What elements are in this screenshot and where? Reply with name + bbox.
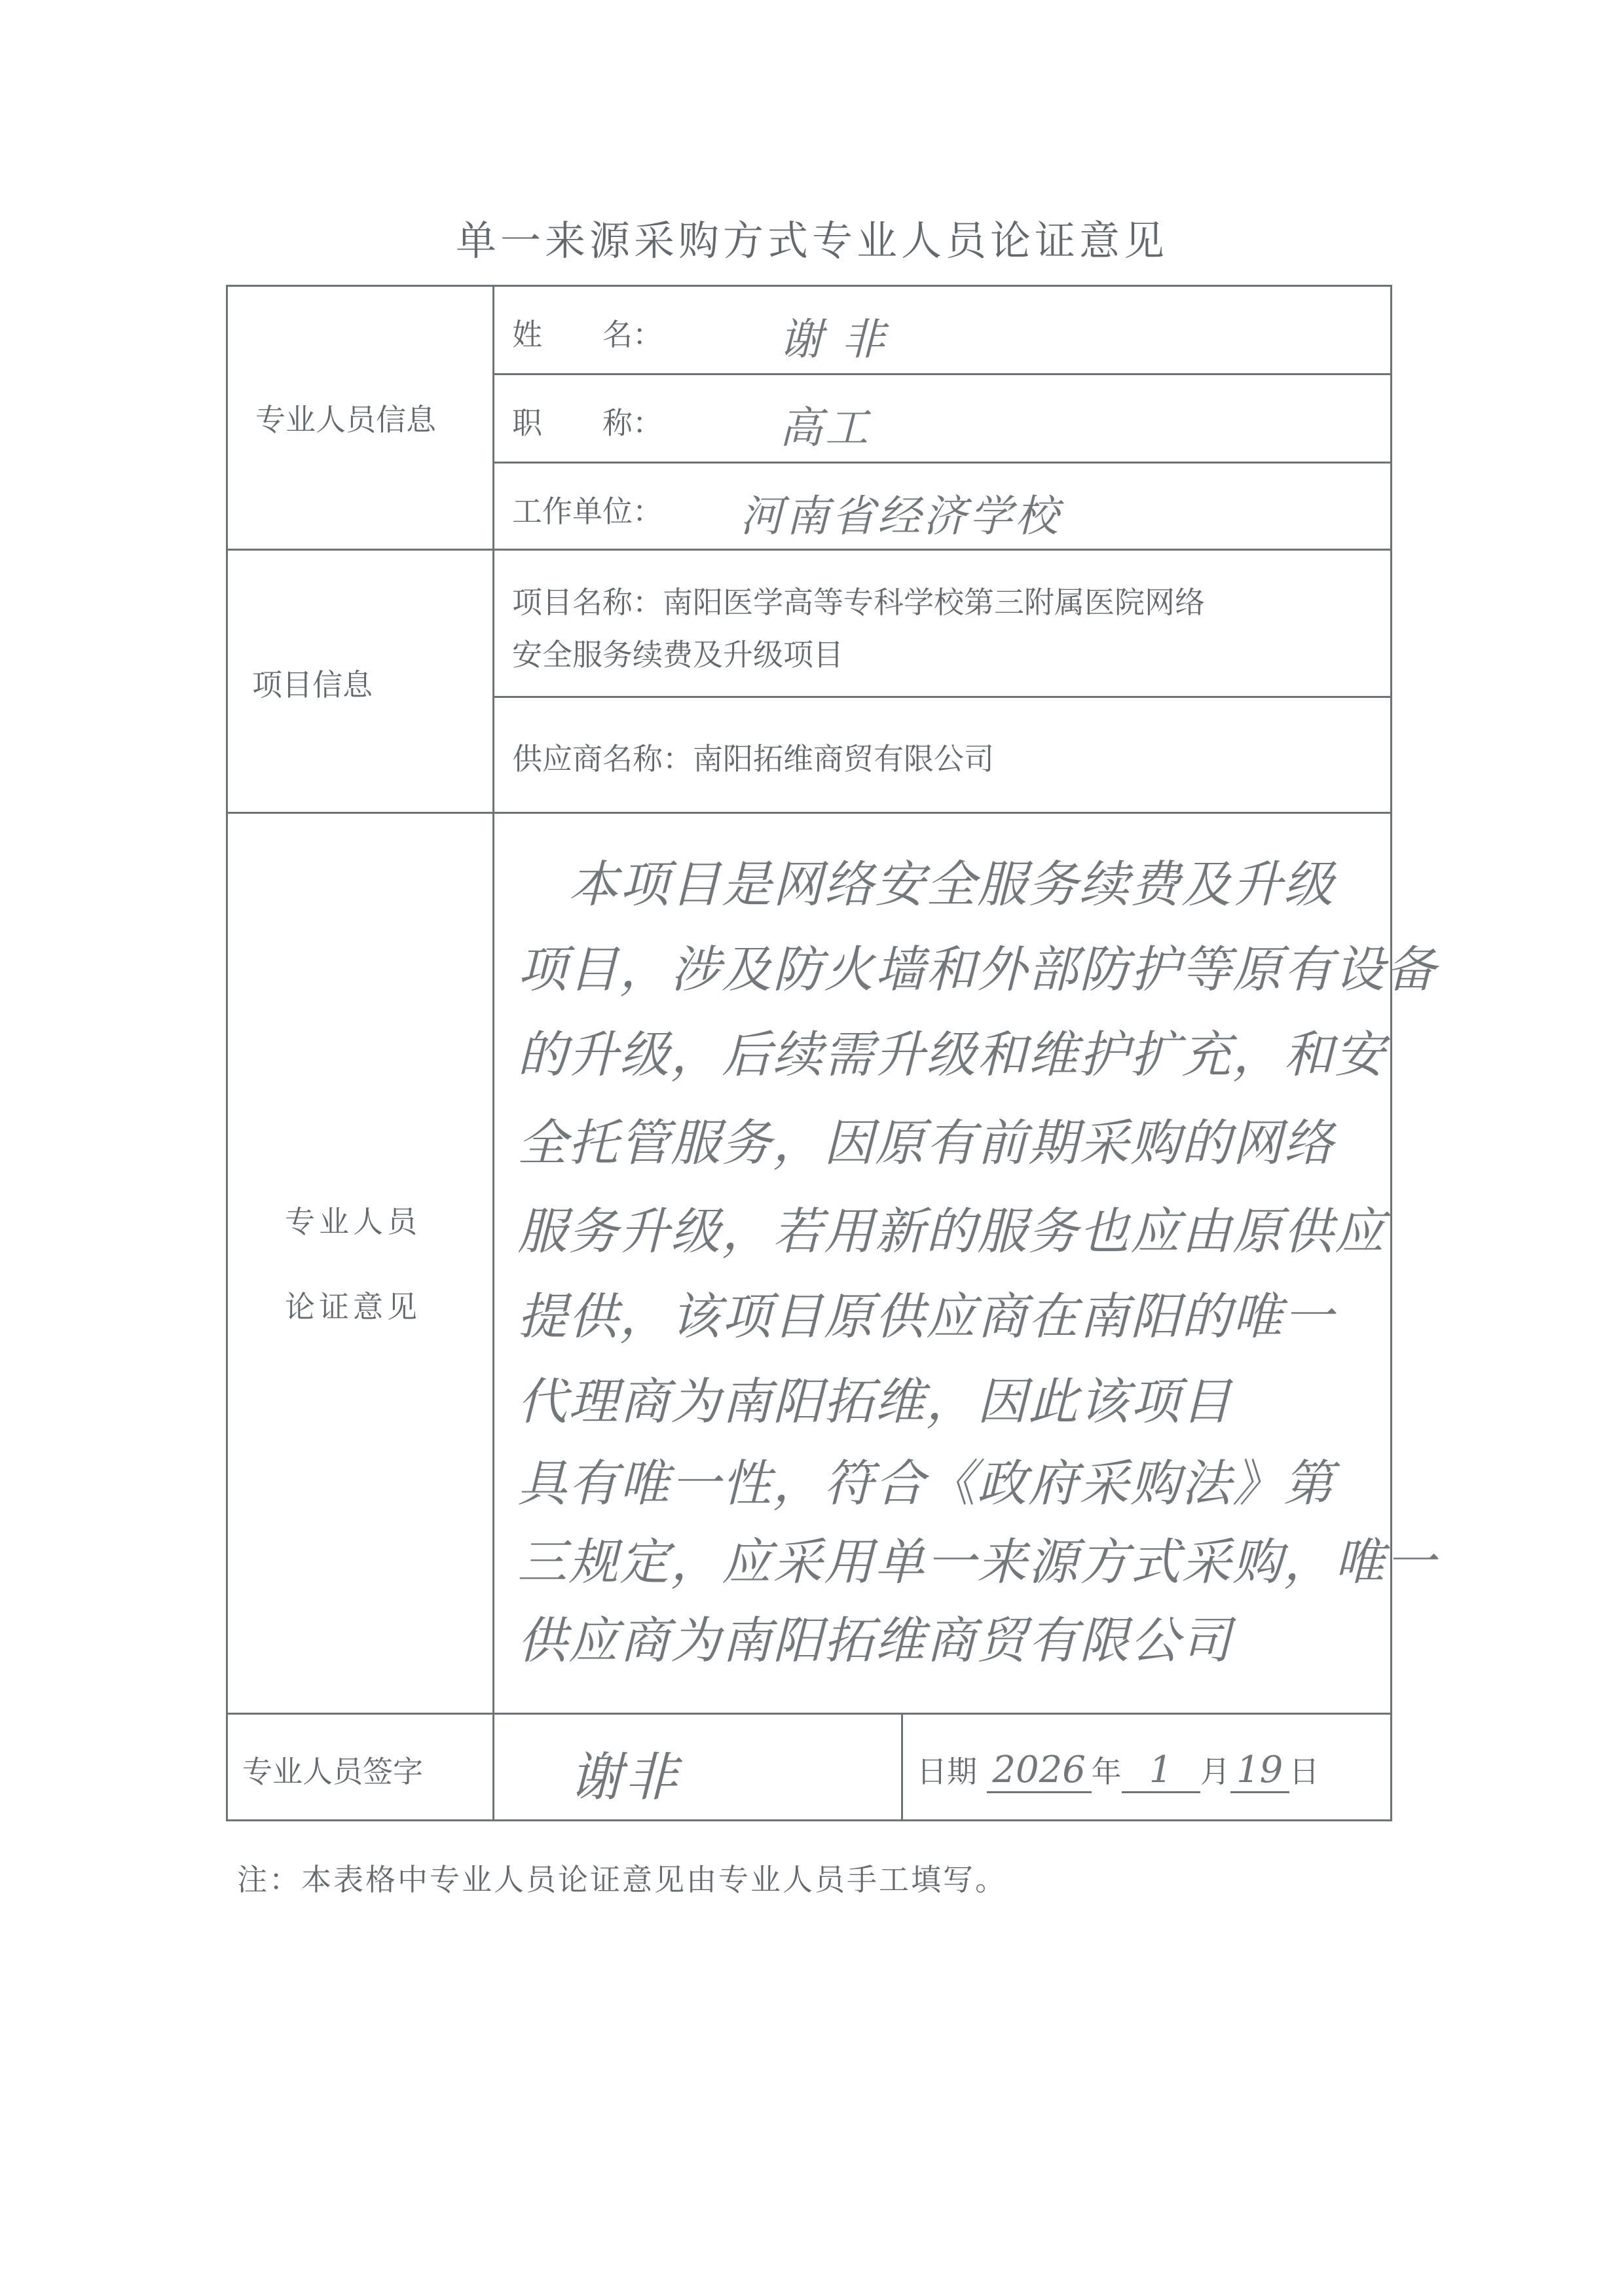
opinion-line: 项目，涉及防火墙和外部防护等原有设备 [517, 930, 1382, 1001]
signature-value: 谢非 [570, 1735, 680, 1810]
month-suffix: 月 [1200, 1754, 1230, 1789]
opinion-section-label-line-2: 论证意见 [285, 1283, 421, 1326]
date-day: 19 [1230, 1749, 1289, 1793]
date-field: 日期 2026年1月19日 [917, 1748, 1319, 1793]
footer-note: 注：本表格中专业人员论证意见由专业人员手工填写。 [237, 1856, 1007, 1899]
row-divider [226, 549, 1392, 551]
project-name-line-1: 项目名称：南阳医学高等专科学校第三附属医院网络 [512, 574, 1205, 631]
date-year: 2026 [987, 1749, 1092, 1793]
column-divider [492, 285, 494, 1821]
opinion-section-label-line-1: 专业人员 [285, 1198, 421, 1241]
project-info-section-label: 项目信息 [252, 661, 373, 704]
title-label: 职 称： [512, 399, 663, 443]
title-value: 高工 [779, 393, 871, 455]
document-title: 单一来源采购方式专业人员论证意见 [0, 208, 1624, 266]
row-divider [226, 1713, 1392, 1715]
unit-value: 河南省经济学校 [740, 481, 1061, 543]
column-divider [901, 1713, 903, 1821]
opinion-line: 供应商为南阳拓维商贸有限公司 [517, 1601, 1382, 1672]
opinion-line: 具有唯一性，符合《政府采购法》第 [517, 1444, 1382, 1515]
row-divider [492, 462, 1392, 464]
year-suffix: 年 [1092, 1754, 1122, 1789]
row-divider [492, 373, 1392, 375]
unit-label: 工作单位： [512, 488, 663, 531]
row-divider [226, 812, 1392, 814]
opinion-line: 三规定，应采用单一来源方式采购，唯一 [517, 1522, 1382, 1594]
opinion-line: 服务升级，若用新的服务也应由原供应 [517, 1192, 1382, 1263]
expert-info-section-label: 专业人员信息 [255, 396, 436, 439]
signature-label: 专业人员签字 [242, 1748, 423, 1791]
supplier-name: 供应商名称：南阳拓维商贸有限公司 [512, 730, 994, 788]
name-label: 姓 名： [512, 311, 663, 354]
name-value: 谢 非 [779, 304, 887, 367]
row-divider [492, 696, 1392, 698]
day-suffix: 日 [1289, 1754, 1319, 1789]
opinion-line: 代理商为南阳拓维，因此该项目 [517, 1362, 1382, 1433]
project-name-line-2: 安全服务续费及升级项目 [512, 626, 843, 683]
opinion-line: 提供，该项目原供应商在南阳的唯一 [517, 1277, 1382, 1348]
opinion-line: 本项目是网络安全服务续费及升级 [517, 845, 1382, 916]
date-month: 1 [1122, 1749, 1200, 1793]
opinion-line: 的升级，后续需升级和维护扩充，和安 [517, 1015, 1382, 1086]
opinion-line: 全托管服务，因原有前期采购的网络 [517, 1103, 1382, 1175]
date-label: 日期 [917, 1754, 977, 1789]
